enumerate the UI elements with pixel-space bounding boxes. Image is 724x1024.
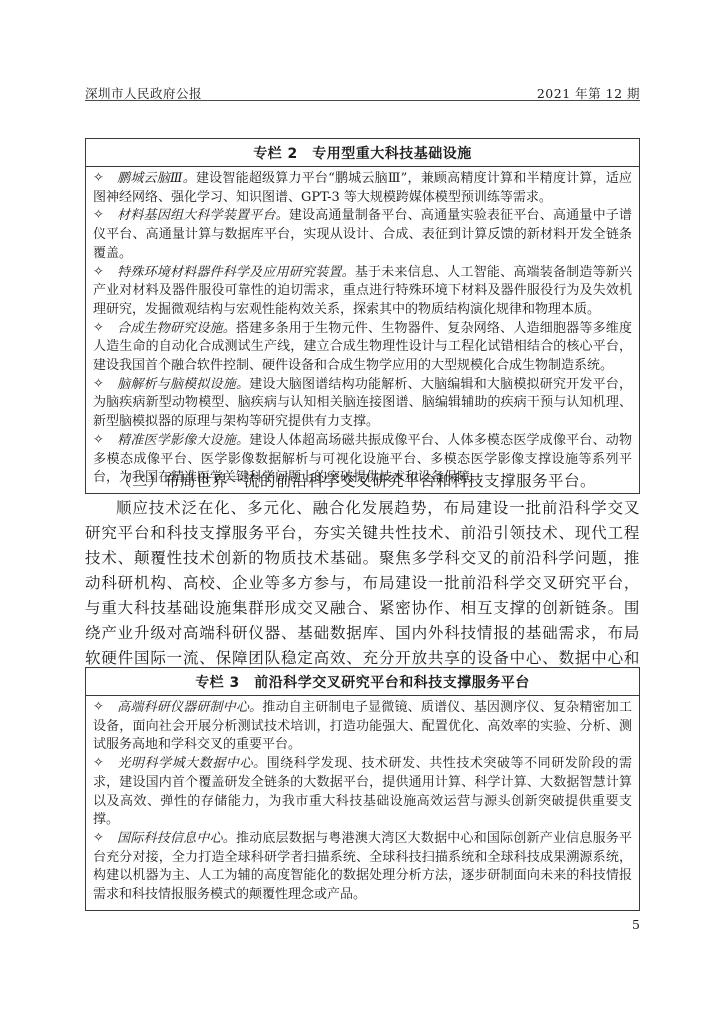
diamond-bullet-icon: ✧	[93, 755, 104, 774]
section-two: （二）布局世界一流的前沿科学交叉研究平台和科技支撑服务平台。 顺应技术泛在化、多…	[85, 468, 640, 696]
box-item-title: 材料基因组大科学装置平台。	[117, 208, 289, 223]
diamond-bullet-icon: ✧	[93, 699, 104, 718]
diamond-bullet-icon: ✧	[93, 207, 104, 226]
section-two-heading: （二）布局世界一流的前沿科学交叉研究平台和科技支撑服务平台。	[85, 468, 640, 494]
gazette-page: 深圳市人民政府公报 2021 年第 12 期 专栏 2 专用型重大科技基础设施 …	[0, 0, 724, 1024]
page-number: 5	[85, 917, 640, 932]
box-item-title: 特殊环境材料器件科学及应用研究装置。	[117, 265, 355, 280]
diamond-bullet-icon: ✧	[93, 263, 104, 282]
header-rule	[85, 100, 640, 101]
box3-item-bigdata-center: ✧光明科学城大数据中心。围绕科学发现、技术研发、共性技术突破等不同研发阶段的需求…	[93, 755, 632, 830]
box-item-title: 合成生物研究设施。	[117, 321, 236, 336]
column-box-3-title: 专栏 3 前沿科学交叉研究平台和科技支撑服务平台	[86, 668, 639, 696]
box-item-title: 高端科研仪器研制中心。	[117, 700, 262, 715]
box2-item-materials-genome: ✧材料基因组大科学装置平台。建设高通量制备平台、高通量实验表征平台、高通量中子谱…	[93, 207, 632, 263]
box2-item-pengcheng-cloudbrain: ✧鹏城云脑Ⅲ。建设智能超级算力平台“鹏城云脑Ⅲ”，兼顾高精度计算和半精度计算，适…	[93, 170, 632, 207]
box3-item-instrument-center: ✧高端科研仪器研制中心。推动自主研制电子显微镜、质谱仪、基因测序仪、复杂精密加工…	[93, 699, 632, 755]
box-item-title: 脑解析与脑模拟设施。	[117, 377, 249, 392]
box2-item-special-environment-materials: ✧特殊环境材料器件科学及应用研究装置。基于未来信息、人工智能、高端装备制造等新兴…	[93, 264, 632, 320]
column-box-2: 专栏 2 专用型重大科技基础设施 ✧鹏城云脑Ⅲ。建设智能超级算力平台“鹏城云脑Ⅲ…	[85, 138, 640, 494]
box-item-title: 国际科技信息中心。	[117, 831, 236, 846]
column-box-3-body: ✧高端科研仪器研制中心。推动自主研制电子显微镜、质谱仪、基因测序仪、复杂精密加工…	[86, 696, 639, 910]
column-box-2-title: 专栏 2 专用型重大科技基础设施	[86, 139, 639, 167]
box2-item-synthetic-biology: ✧合成生物研究设施。搭建多条用于生物元件、生物器件、复杂网络、人造细胞器等多维度…	[93, 320, 632, 376]
column-box-3: 专栏 3 前沿科学交叉研究平台和科技支撑服务平台 ✧高端科研仪器研制中心。推动自…	[85, 667, 640, 911]
column-box-2-body: ✧鹏城云脑Ⅲ。建设智能超级算力平台“鹏城云脑Ⅲ”，兼顾高精度计算和半精度计算，适…	[86, 167, 639, 493]
box-item-title: 精准医学影像大设施。	[117, 433, 249, 448]
diamond-bullet-icon: ✧	[93, 375, 104, 394]
box3-item-intl-sci-info-center: ✧国际科技信息中心。推动底层数据与粤港澳大湾区大数据中心和国际创新产业信息服务平…	[93, 830, 632, 905]
diamond-bullet-icon: ✧	[93, 829, 104, 848]
box-item-title: 光明科学城大数据中心。	[117, 756, 267, 771]
box2-item-brain-analysis: ✧脑解析与脑模拟设施。建设大脑图谱结构功能解析、大脑编辑和大脑模拟研究开发平台，…	[93, 376, 632, 432]
diamond-bullet-icon: ✧	[93, 431, 104, 450]
diamond-bullet-icon: ✧	[93, 319, 104, 338]
box-item-title: 鹏城云脑Ⅲ。	[117, 171, 196, 186]
diamond-bullet-icon: ✧	[93, 170, 104, 189]
section-two-paragraph: 顺应技术泛在化、多元化、融合化发展趋势，布局建设一批前沿科学交叉研究平台和科技支…	[85, 496, 640, 696]
